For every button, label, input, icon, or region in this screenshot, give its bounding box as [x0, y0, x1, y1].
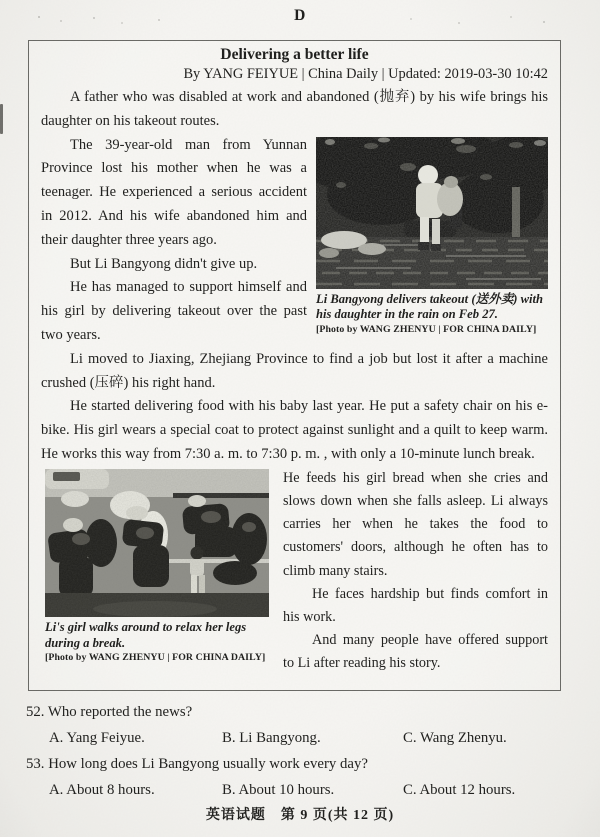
question-53-option-c: C. About 12 hours.	[403, 780, 600, 800]
article-paragraph: He started delivering food with his baby…	[41, 395, 548, 466]
article-section-two: Li's girl walks around to relax her legs…	[41, 467, 548, 676]
article-section-one: Li Bangyong delivers takeout (送外卖) with …	[41, 134, 548, 348]
scan-edge-artifact	[0, 104, 3, 134]
photo-rain-delivery	[316, 137, 548, 289]
article-paragraph: Li moved to Jiaxing, Zhejiang Province t…	[41, 348, 548, 396]
article-box: Delivering a better life By YANG FEIYUE …	[28, 40, 561, 691]
photo-break-credit: [Photo by WANG ZHENYU | FOR CHINA DAILY]	[45, 652, 269, 664]
question-53-options: A. About 8 hours. B. About 10 hours. C. …	[49, 777, 600, 804]
question-52-option-a: A. Yang Feiyue.	[49, 728, 222, 748]
figure-rain-delivery: Li Bangyong delivers takeout (送外卖) with …	[316, 137, 548, 337]
photo-rain-caption: Li Bangyong delivers takeout (送外卖) with …	[316, 292, 548, 324]
photo-break-caption: Li's girl walks around to relax her legs…	[45, 620, 269, 652]
photo-rain-credit: [Photo by WANG ZHENYU | FOR CHINA DAILY]	[316, 324, 548, 336]
question-53-option-b: B. About 10 hours.	[222, 780, 403, 800]
article-lead-paragraph: A father who was disabled at work and ab…	[41, 86, 548, 134]
questions-section: 52. Who reported the news? A. Yang Feiyu…	[0, 700, 600, 804]
question-52-options: A. Yang Feiyue. B. Li Bangyong. C. Wang …	[49, 725, 600, 752]
question-52: 52. Who reported the news?	[26, 700, 600, 725]
question-53: 53. How long does Li Bangyong usually wo…	[26, 752, 600, 777]
article-byline: By YANG FEIYUE | China Daily | Updated: …	[41, 66, 548, 83]
scanned-exam-page: D Delivering a better life By YANG FEIYU…	[0, 0, 600, 837]
figure-girl-break: Li's girl walks around to relax her legs…	[45, 469, 269, 665]
article-title: Delivering a better life	[41, 46, 548, 64]
question-53-option-a: A. About 8 hours.	[49, 780, 222, 800]
question-52-option-c: C. Wang Zhenyu.	[403, 728, 600, 748]
question-52-option-b: B. Li Bangyong.	[222, 728, 403, 748]
passage-section-label: D	[0, 7, 600, 25]
photo-girl-break	[45, 469, 269, 617]
page-footer: 英语试题 第 9 页(共 12 页)	[0, 804, 600, 824]
